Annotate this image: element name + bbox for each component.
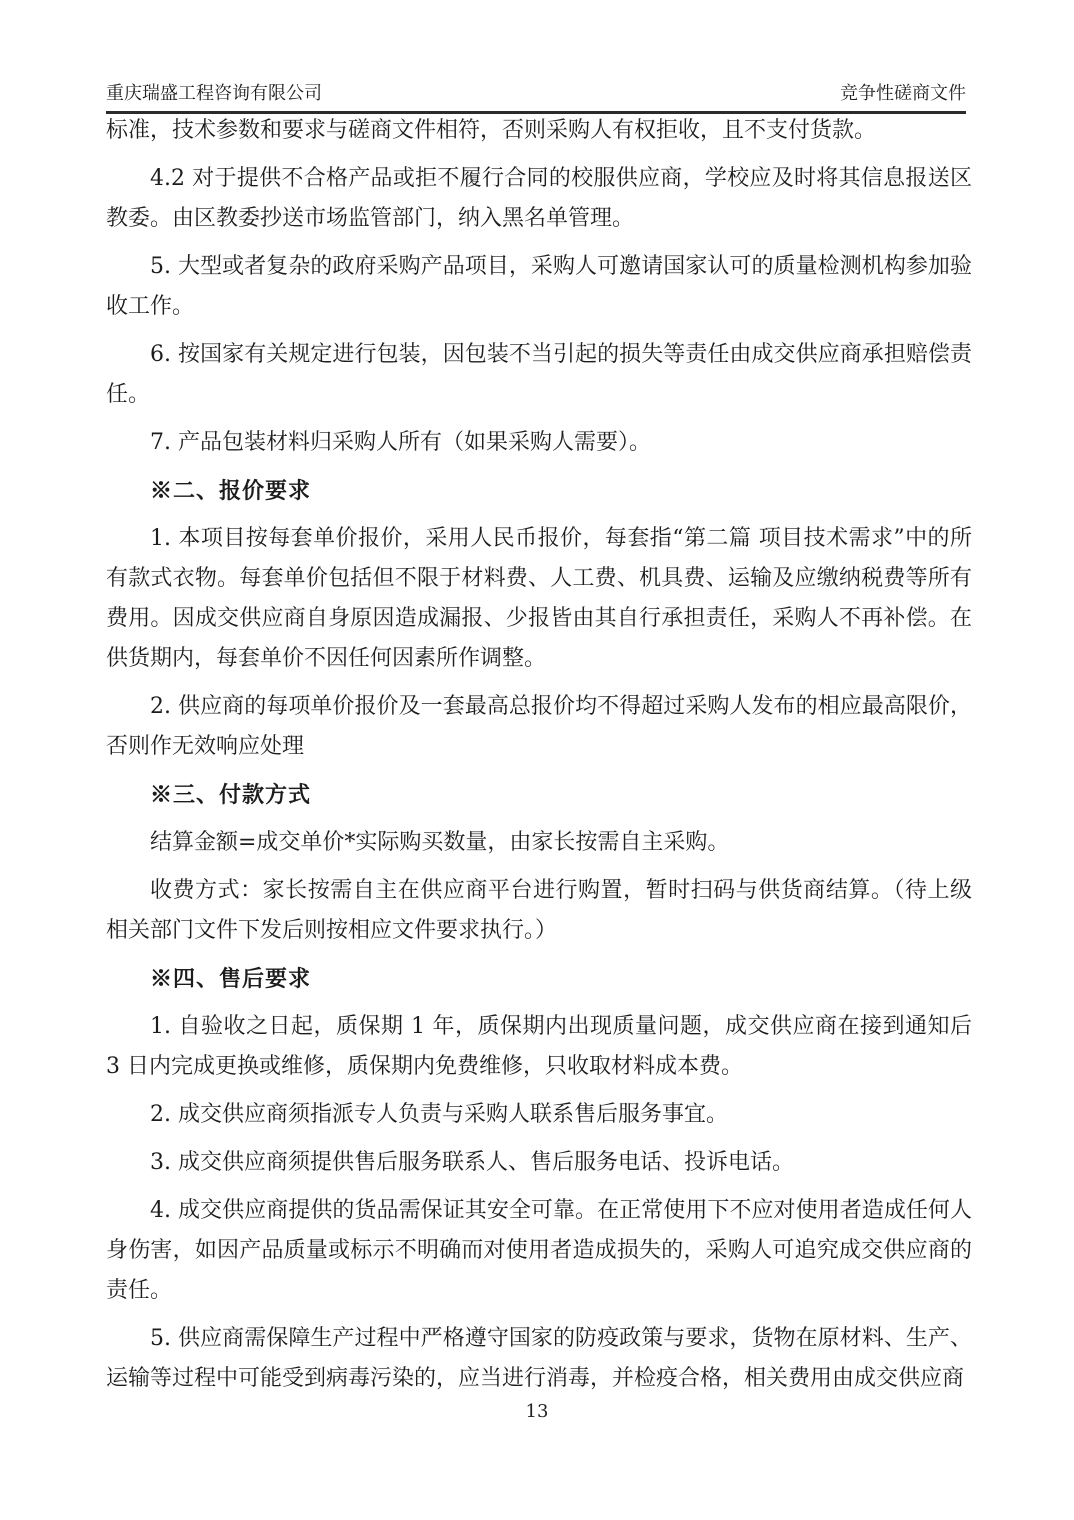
header-company-name: 重庆瑞盛工程咨询有限公司 [106, 82, 322, 106]
page-footer: 13 [0, 1399, 1074, 1425]
paragraph: 5. 大型或者复杂的政府采购产品项目，采购人可邀请国家认可的质量检测机构参加验收… [106, 247, 972, 327]
section-heading: ※四、售后要求 [106, 959, 972, 999]
paragraph: 4. 成交供应商提供的货品需保证其安全可靠。在正常使用下不应对使用者造成任何人身… [106, 1191, 972, 1311]
document-body: 标准，技术参数和要求与磋商文件相符，否则采购人有权拒收，且不支付货款。4.2 对… [106, 111, 972, 1407]
header-document-type: 竞争性磋商文件 [840, 82, 966, 106]
document-page: 重庆瑞盛工程咨询有限公司 竞争性磋商文件 标准，技术参数和要求与磋商文件相符，否… [0, 0, 1074, 1520]
paragraph: 5. 供应商需保障生产过程中严格遵守国家的防疫政策与要求，货物在原材料、生产、运… [106, 1319, 972, 1399]
paragraph: 4.2 对于提供不合格产品或拒不履行合同的校服供应商，学校应及时将其信息报送区教… [106, 159, 972, 239]
paragraph: 3. 成交供应商须提供售后服务联系人、售后服务电话、投诉电话。 [106, 1143, 972, 1183]
section-heading: ※三、付款方式 [106, 775, 972, 815]
paragraph: 2. 成交供应商须指派专人负责与采购人联系售后服务事宜。 [106, 1095, 972, 1135]
paragraph: 标准，技术参数和要求与磋商文件相符，否则采购人有权拒收，且不支付货款。 [106, 111, 972, 151]
paragraph: 6. 按国家有关规定进行包装，因包装不当引起的损失等责任由成交供应商承担赔偿责任… [106, 335, 972, 415]
page-number: 13 [526, 1401, 549, 1422]
paragraph: 1. 本项目按每套单价报价，采用人民币报价，每套指“第二篇 项目技术需求”中的所… [106, 519, 972, 679]
paragraph: 收费方式：家长按需自主在供应商平台进行购置，暂时扫码与供货商结算。（待上级相关部… [106, 871, 972, 951]
page-header: 重庆瑞盛工程咨询有限公司 竞争性磋商文件 [106, 82, 966, 114]
paragraph: 结算金额=成交单价*实际购买数量，由家长按需自主采购。 [106, 823, 972, 863]
paragraph: 2. 供应商的每项单价报价及一套最高总报价均不得超过采购人发布的相应最高限价，否… [106, 687, 972, 767]
paragraph: 7. 产品包装材料归采购人所有（如果采购人需要）。 [106, 423, 972, 463]
section-heading: ※二、报价要求 [106, 471, 972, 511]
paragraph: 1. 自验收之日起，质保期 1 年，质保期内出现质量问题，成交供应商在接到通知后… [106, 1007, 972, 1087]
